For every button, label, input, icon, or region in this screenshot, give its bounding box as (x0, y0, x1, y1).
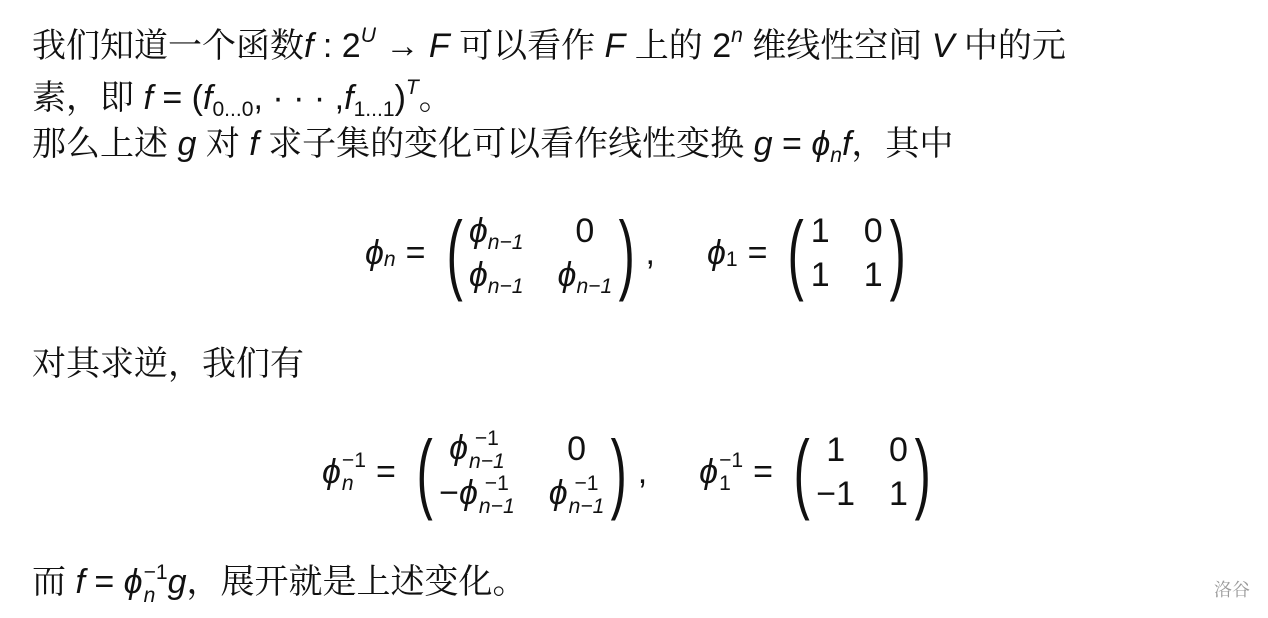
text: 维线性空间 (743, 27, 932, 65)
paragraph-3: 对其求逆，我们有 (32, 344, 304, 384)
paragraph-2: 那么上述 g 对 f 求子集的变化可以看作线性变换 g = ϕnf，其中 (32, 124, 953, 164)
cell: 1 (811, 254, 830, 296)
cell: ϕ−1n−1 (439, 427, 515, 472)
paragraph-1-line-1: 我们知道一个函数f : 2U → F 可以看作 F 上的 2n 维线性空间 V … (32, 26, 1066, 66)
math-g: g (168, 563, 187, 601)
cell: −ϕ−1n−1 (439, 472, 515, 517)
cell: ϕn−1 (469, 210, 524, 252)
math-f: f (143, 79, 152, 117)
text: 素，即 (32, 79, 143, 117)
math-phi: ϕ (707, 234, 726, 273)
math-F: F (605, 27, 626, 65)
math-dots: , · · · , (253, 79, 344, 117)
math-sup-T: T (406, 76, 419, 99)
math-phi: ϕ (124, 563, 143, 601)
math-phi: ϕ (365, 234, 384, 273)
equation-phi-n-inverse: ϕ−1n = ( ϕ−1n−1 0 −ϕ−1n−1 ϕ−1n−1 ) , ϕ−1… (322, 422, 941, 522)
cell: −1 (816, 473, 855, 515)
math-phi: ϕ (699, 453, 718, 492)
left-paren: ( (446, 209, 462, 297)
math-eq: = (85, 563, 124, 601)
math-eq: = (748, 234, 768, 273)
cell: ϕ−1n−1 (549, 472, 605, 517)
math-f: f (249, 125, 258, 163)
math-phi: ϕ (811, 125, 830, 163)
math-eq: = (376, 453, 396, 492)
math-eq: = (753, 453, 773, 492)
cell: ϕn−1 (558, 254, 613, 296)
math-f: f (75, 563, 84, 601)
text: 上的 2 (625, 27, 731, 65)
math-V: V (932, 27, 955, 65)
math-eq: = (406, 234, 426, 273)
math-sup-n: n (731, 24, 743, 47)
math-comma: , (638, 453, 647, 492)
text: ，展开就是上述变化。 (187, 563, 527, 601)
text: 可以看作 (450, 27, 605, 65)
text: 对其求逆，我们有 (32, 345, 304, 383)
math-comma: , (646, 234, 655, 273)
cell: 0 (864, 210, 883, 252)
math-sub: 1...1 (354, 98, 395, 121)
math-eq: = (773, 125, 812, 163)
cell: 1 (811, 210, 830, 252)
math-F: F (429, 27, 450, 65)
math-g: g (754, 125, 773, 163)
right-paren: ) (915, 428, 931, 516)
cell: 0 (889, 429, 908, 471)
paragraph-4: 而 f = ϕ−1ng，展开就是上述变化。 (32, 562, 527, 606)
text: 。 (419, 79, 453, 117)
luogu-watermark: 洛谷 (1214, 576, 1250, 602)
math-eq: = ( (153, 79, 203, 117)
math-colon: : 2 (313, 27, 360, 65)
math-sub: 0...0 (212, 98, 253, 121)
left-paren: ( (416, 427, 432, 517)
right-paren: ) (619, 209, 635, 297)
math-paren: ) (395, 79, 406, 117)
text: 中的元 (954, 27, 1065, 65)
text: 那么上述 (32, 125, 177, 163)
text: ，其中 (851, 125, 953, 163)
left-paren: ( (794, 428, 810, 516)
paragraph-1-line-2: 素，即 f = (f0...0, · · · ,f1...1)T。 (32, 78, 453, 118)
equation-phi-n: ϕn = ( ϕn−1 0 ϕn−1 ϕn−1 ) , ϕ1 = ( 1 0 1… (365, 204, 916, 302)
cell: ϕn−1 (469, 254, 524, 296)
matrix-phi-1: ( 1 0 1 1 ) (781, 209, 911, 297)
math-f: f (842, 125, 851, 163)
cell: 1 (889, 473, 908, 515)
math-sub: n (830, 144, 842, 167)
math-f: f (344, 79, 353, 117)
matrix-phi-n-inverse: ( ϕ−1n−1 0 −ϕ−1n−1 ϕ−1n−1 ) (410, 427, 634, 517)
right-paren: ) (889, 209, 905, 297)
math-arrow: → (376, 27, 429, 65)
right-paren: ) (611, 427, 627, 517)
cell: 0 (549, 428, 605, 470)
text: 我们知道一个函数 (32, 27, 304, 65)
cell: 0 (558, 210, 613, 252)
matrix-phi-1-inverse: ( 1 0 −1 1 ) (787, 428, 937, 516)
left-paren: ( (788, 209, 804, 297)
math-phi: ϕ (322, 453, 341, 492)
text: 求子集的变化可以看作线性变换 (259, 125, 754, 163)
text: 对 (196, 125, 249, 163)
matrix-phi-n: ( ϕn−1 0 ϕn−1 ϕn−1 ) (440, 209, 642, 297)
math-g: g (177, 125, 196, 163)
text: 而 (32, 563, 75, 601)
math-sup-U: U (361, 24, 376, 47)
cell: 1 (816, 429, 855, 471)
cell: 1 (864, 254, 883, 296)
